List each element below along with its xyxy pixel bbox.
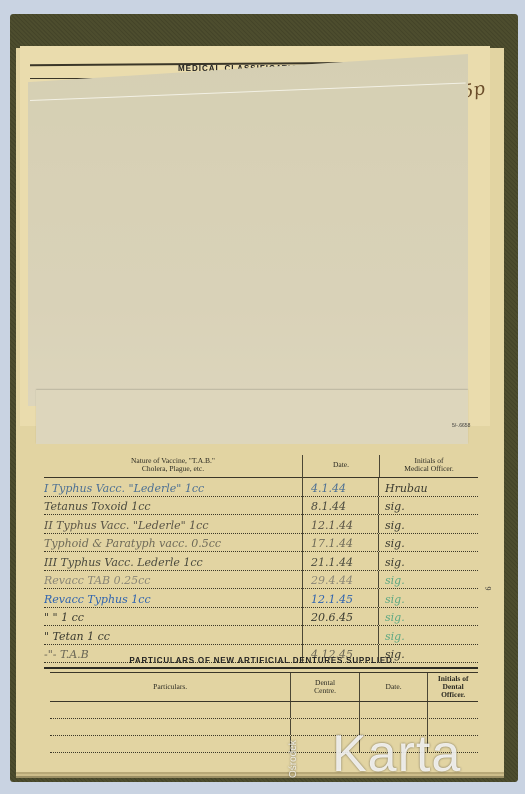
medical-officer-signature-cell: sig. [379,515,477,533]
vaccine-nature-cell: Revacc TAB 0.25cc [44,570,303,589]
header-initials-medical-officer: Initials of Medical Officer. [380,455,478,477]
vaccine-nature-cell: Typhoid & Paratyph vacc. 0.5cc [44,533,303,552]
vaccination-row: II Typhus Vacc. "Lederle" 1cc12.1.44sig. [44,515,478,534]
header-dentures-date: Date. [360,673,429,701]
header-nature-line2: Cholera, Plague, etc. [44,465,302,473]
medical-officer-signature-cell: sig. [379,552,477,570]
header-initials-dental-officer: Initials of Dental Officer. [428,673,478,701]
vaccination-rows: I Typhus Vacc. "Lederle" 1cc4.1.44Hrubau… [44,478,478,663]
dentures-empty-cell [291,702,360,718]
dentures-empty-cell [50,702,291,718]
printer-mark: 5/-.6658 [452,423,470,429]
vaccine-date-cell: 20.6.45 [303,608,379,626]
dentures-section-title: PARTICULARS OF NEW ARTIFICIAL DENTURES S… [0,656,525,665]
medical-officer-signature-cell: sig. [379,497,477,515]
vaccination-row: Tetanus Toxoid 1cc8.1.44sig. [44,497,478,516]
vaccination-row: III Typhus Vacc. Lederle 1cc21.1.44sig. [44,552,478,571]
header-initials-line2: Medical Officer. [380,465,478,473]
vaccine-date-cell: 8.1.44 [303,497,379,515]
vaccination-row: Revacc Typhus 1cc12.1.45sig. [44,589,478,608]
header-nature-of-vaccine: Nature of Vaccine, "T.A.B." Cholera, Pla… [44,455,303,477]
vaccine-nature-cell: Tetanus Toxoid 1cc [44,496,303,515]
vaccination-row: I Typhus Vacc. "Lederle" 1cc4.1.44Hrubau [44,478,478,497]
dentures-row [50,702,478,719]
vaccine-date-cell [303,626,379,644]
vaccine-nature-cell: III Typhus Vacc. Lederle 1cc [44,551,303,570]
medical-officer-signature-cell: sig. [379,626,477,644]
medical-officer-signature-cell: Hrubau [379,478,477,496]
header-date: Date. [303,455,380,477]
vaccine-date-cell: 12.1.45 [303,589,379,607]
vaccine-date-cell: 4.1.44 [303,478,379,496]
medical-officer-signature-cell: sig. [379,534,477,552]
dentures-empty-cell [50,719,291,735]
tissue-interleaf [28,54,468,406]
header-dental-centre-line2: Centre. [314,687,336,695]
vaccination-row: Typhoid & Paratyph vacc. 0.5cc17.1.44sig… [44,534,478,553]
vaccination-table-header: Nature of Vaccine, "T.A.B." Cholera, Pla… [44,455,478,478]
header-particulars: Particulars. [50,673,291,701]
vaccine-date-cell: 29.4.44 [303,571,379,589]
page-number: 9 [484,587,493,591]
header-dental-centre: Dental Centre. [291,673,360,701]
header-dental-initials-line3: Officer. [438,691,469,699]
medical-officer-signature-cell: sig. [379,608,477,626]
vaccine-nature-cell: II Typhus Vacc. "Lederle" 1cc [44,514,303,533]
vaccination-row: " " 1 cc20.6.45sig. [44,608,478,627]
watermark-logo-text: Karta [332,728,461,780]
watermark-small-text: Ośrodek [288,766,326,778]
vaccine-date-cell: 17.1.44 [303,534,379,552]
vaccination-table: Nature of Vaccine, "T.A.B." Cholera, Pla… [44,455,478,672]
medical-officer-signature-cell: sig. [379,589,477,607]
vaccine-nature-cell: " Tetan 1 cc [44,625,303,644]
medical-officer-signature-cell: sig. [379,571,477,589]
vaccine-date-cell: 12.1.44 [303,515,379,533]
dentures-empty-cell [360,702,429,718]
dentures-empty-cell [50,736,291,752]
vaccine-nature-cell: " " 1 cc [44,607,303,626]
vaccination-row: " Tetan 1 ccsig. [44,626,478,645]
dentures-empty-cell [428,702,478,718]
archive-watermark: Ośrodek Karta [320,728,461,780]
vaccine-nature-cell: I Typhus Vacc. "Lederle" 1cc [44,477,303,496]
dentures-table-header: Particulars. Dental Centre. Date. Initia… [50,673,478,702]
vaccine-date-cell: 21.1.44 [303,552,379,570]
vaccine-nature-cell: Revacc Typhus 1cc [44,588,303,607]
tissue-lower-flap [36,390,468,444]
vaccination-row: Revacc TAB 0.25cc29.4.44sig. [44,571,478,590]
